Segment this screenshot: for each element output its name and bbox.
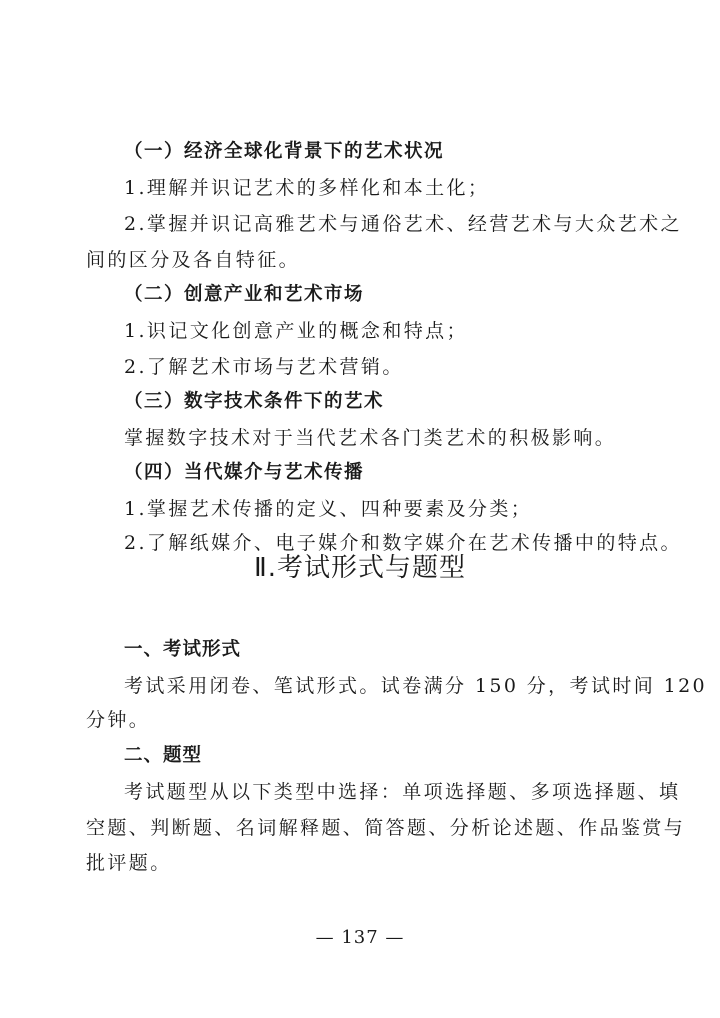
list-item: 1.识记文化创意产业的概念和特点； <box>124 319 674 343</box>
paragraph-line: 考试题型从以下类型中选择：单项选择题、多项选择题、填 <box>124 780 674 804</box>
paragraph-line: 考试采用闭卷、笔试形式。试卷满分 150 分，考试时间 120 <box>124 674 674 698</box>
list-item: 掌握数字技术对于当代艺术各门类艺术的积极影响。 <box>124 426 674 450</box>
paragraph-line: 分钟。 <box>86 708 636 732</box>
list-item: 1.理解并识记艺术的多样化和本土化； <box>124 176 674 200</box>
subsection-heading-4: （四）当代媒介与艺术传播 <box>124 461 674 485</box>
list-item: 2.了解艺术市场与艺术营销。 <box>124 355 674 379</box>
section-title: Ⅱ.考试形式与题型 <box>0 552 720 584</box>
subsection-heading-1: （一）经济全球化背景下的艺术状况 <box>124 140 674 164</box>
heading-exam-format: 一、考试形式 <box>124 638 674 662</box>
list-item-continuation: 间的区分及各自特征。 <box>86 248 636 272</box>
subsection-heading-3: （三）数字技术条件下的艺术 <box>124 390 674 414</box>
heading-question-types: 二、题型 <box>124 744 674 768</box>
list-item: 1.掌握艺术传播的定义、四种要素及分类； <box>124 497 674 521</box>
paragraph-line: 批评题。 <box>86 851 636 875</box>
page-number: — 137 — <box>0 926 720 950</box>
list-item: 2.掌握并识记高雅艺术与通俗艺术、经营艺术与大众艺术之 <box>124 212 674 236</box>
subsection-heading-2: （二）创意产业和艺术市场 <box>124 283 674 307</box>
paragraph-line: 空题、判断题、名词解释题、简答题、分析论述题、作品鉴赏与 <box>86 816 636 840</box>
